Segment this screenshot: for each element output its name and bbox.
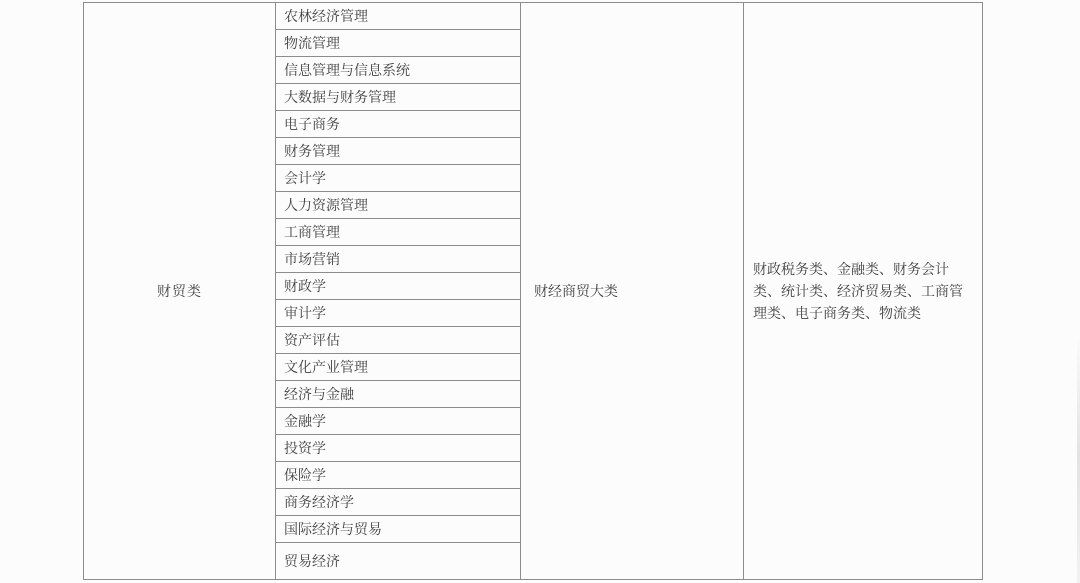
- major-cell: 经济与金融: [276, 381, 521, 408]
- major-cell: 投资学: [276, 435, 521, 462]
- major-cell: 文化产业管理: [276, 354, 521, 381]
- major-cell: 市场营销: [276, 246, 521, 273]
- major-cell: 财务管理: [276, 138, 521, 165]
- group-cell: 财经商贸大类: [521, 3, 744, 580]
- major-cell: 审计学: [276, 300, 521, 327]
- major-cell: 农林经济管理: [276, 3, 521, 30]
- table-row: 财贸类 农林经济管理 财经商贸大类 财政税务类、金融类、财务会计类、统计类、经济…: [84, 3, 983, 30]
- major-cell: 物流管理: [276, 30, 521, 57]
- major-cell: 保险学: [276, 462, 521, 489]
- major-cell: 电子商务: [276, 111, 521, 138]
- major-cell: 会计学: [276, 165, 521, 192]
- majors-table: 财贸类 农林经济管理 财经商贸大类 财政税务类、金融类、财务会计类、统计类、经济…: [83, 2, 983, 580]
- category-cell: 财贸类: [84, 3, 276, 580]
- major-cell: 国际经济与贸易: [276, 516, 521, 543]
- major-cell: 信息管理与信息系统: [276, 57, 521, 84]
- major-cell: 财政学: [276, 273, 521, 300]
- major-cell: 资产评估: [276, 327, 521, 354]
- major-cell: 人力资源管理: [276, 192, 521, 219]
- major-cell: 金融学: [276, 408, 521, 435]
- major-cell: 商务经济学: [276, 489, 521, 516]
- major-cell: 工商管理: [276, 219, 521, 246]
- major-cell: 大数据与财务管理: [276, 84, 521, 111]
- vocational-categories-cell: 财政税务类、金融类、财务会计类、统计类、经济贸易类、工商管理类、电子商务类、物流…: [744, 3, 983, 580]
- major-cell: 贸易经济: [276, 543, 521, 580]
